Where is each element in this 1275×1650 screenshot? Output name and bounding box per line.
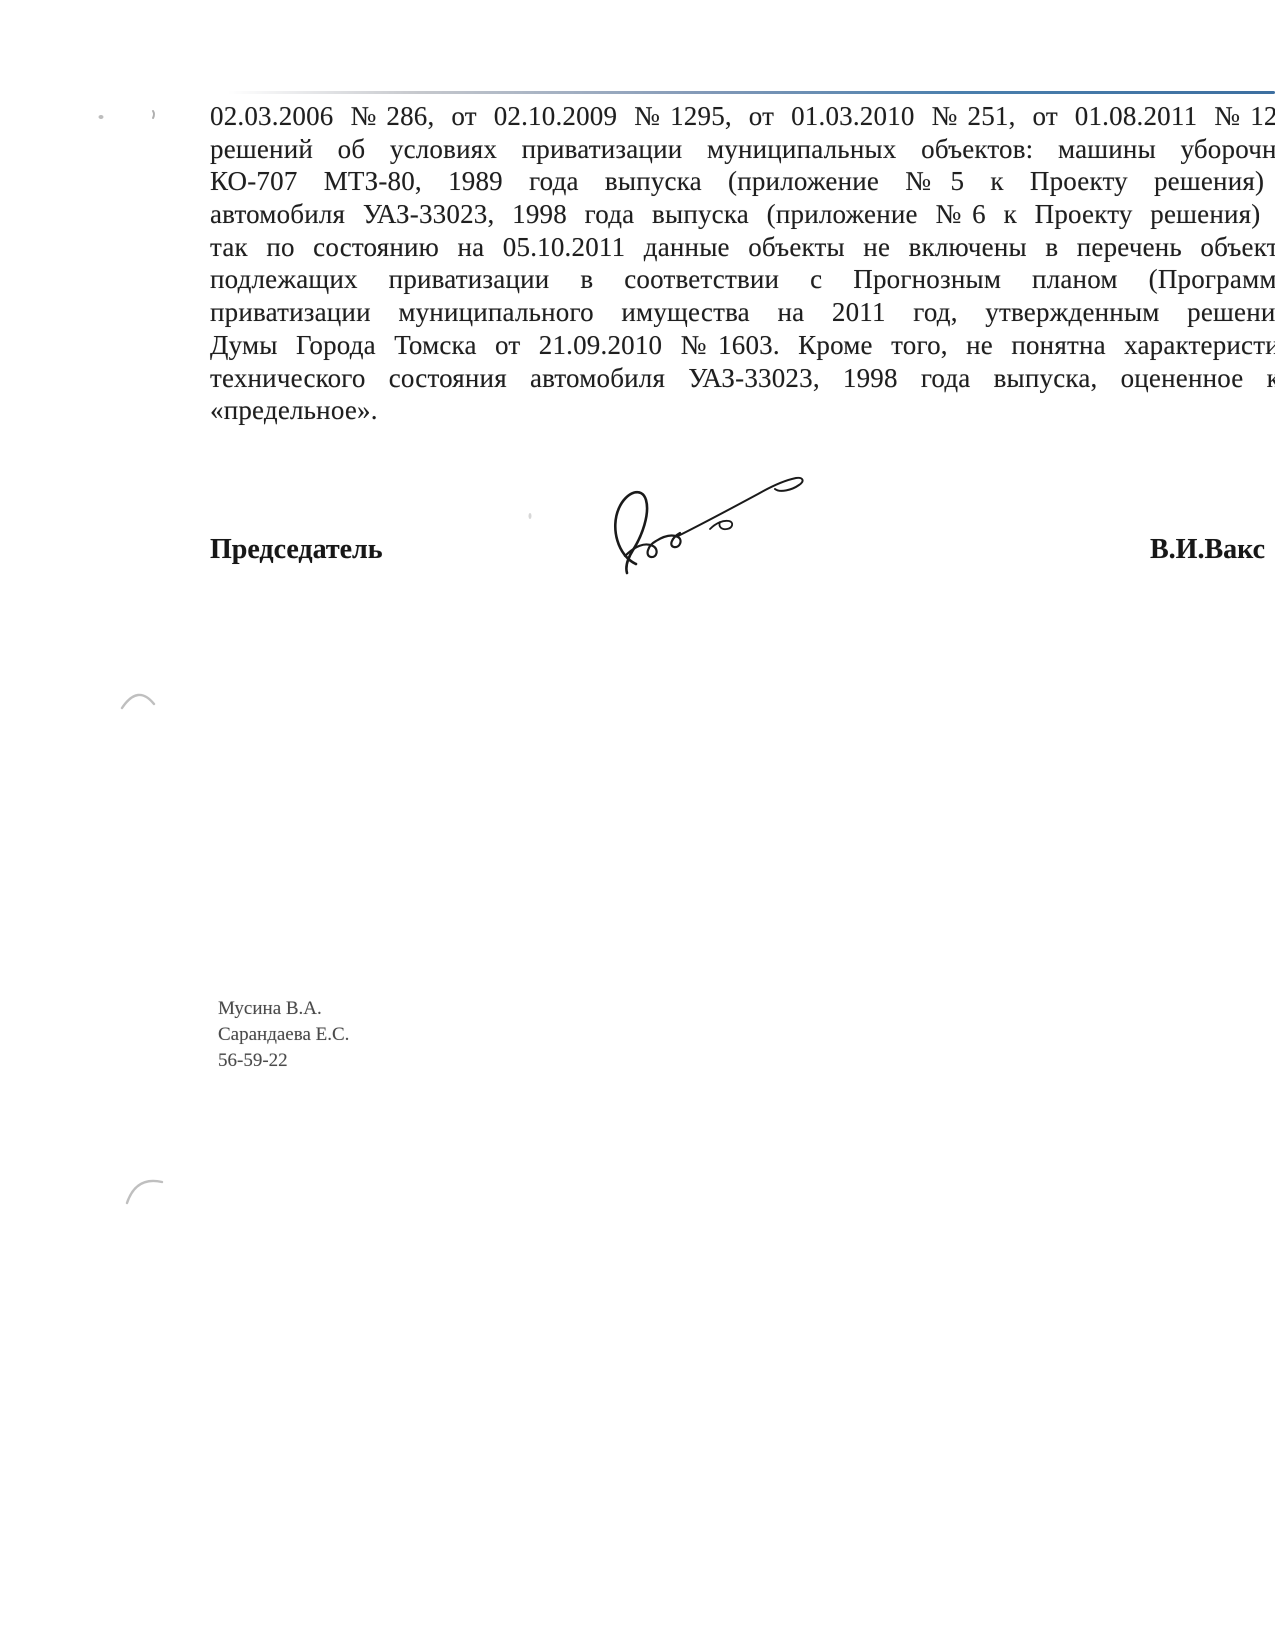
scanned-document-page: 02.03.2006 №286, от 02.10.2009 №1295, от… [0, 0, 1275, 1650]
contact-name: Сарандаева Е.С. [218, 1022, 349, 1048]
document-line: подлежащих приватизации в соответствии с… [210, 263, 1275, 296]
document-body-text: 02.03.2006 №286, от 02.10.2009 №1295, от… [210, 100, 1275, 427]
document-line: приватизации муниципального имущества на… [210, 296, 1275, 329]
document-line: так по состоянию на 05.10.2011 данные об… [210, 231, 1275, 264]
scan-speck [99, 115, 104, 119]
chairman-name-label: В.И.Вакс [1150, 534, 1265, 566]
contact-block: Мусина В.А. Сарандаева Е.С. 56-59-22 [218, 996, 349, 1074]
document-line: 02.03.2006 №286, от 02.10.2009 №1295, от… [210, 100, 1275, 133]
handwritten-signature [592, 472, 812, 580]
document-line: автомобиля УАЗ-33023, 1998 года выпуска … [210, 198, 1275, 231]
document-line: КО-707 МТЗ-80, 1989 года выпуска (прилож… [210, 165, 1275, 198]
scan-edge-line [228, 91, 1275, 94]
hole-punch-arc [122, 695, 154, 708]
hole-punch-arc [127, 1181, 162, 1203]
document-line: технического состояния автомобиля УАЗ-33… [210, 362, 1275, 395]
document-line: решений об условиях приватизации муницип… [210, 133, 1275, 166]
contact-name: Мусина В.А. [218, 996, 349, 1022]
document-line: Думы Города Томска от 21.09.2010 №1603. … [210, 329, 1275, 362]
scan-speck [529, 513, 532, 519]
scan-speck [153, 111, 154, 118]
contact-phone: 56-59-22 [218, 1048, 349, 1074]
chairman-role-label: Председатель [210, 534, 383, 566]
document-line: «предельное». [210, 394, 1275, 427]
